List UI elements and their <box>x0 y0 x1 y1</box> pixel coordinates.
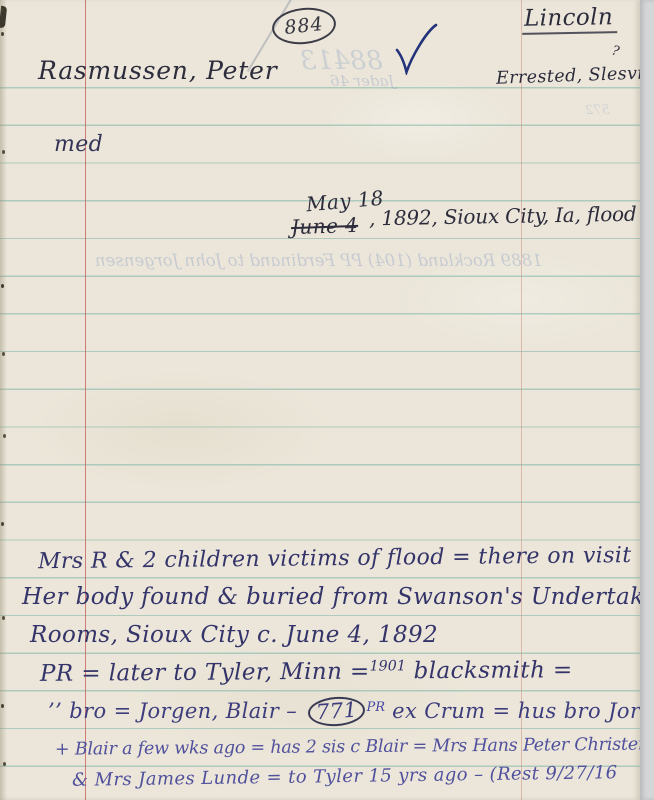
note-text: ex Crum = hus bro Jorgen <box>385 699 654 723</box>
bleed-through-text-top: Jader 46 <box>330 72 394 90</box>
note-text: blacksmith = <box>406 657 573 684</box>
torn-edge <box>0 0 7 800</box>
file-number: 884 <box>283 13 324 39</box>
note-text: PR = later to Tyler, Minn = <box>40 659 370 687</box>
name-heading: Rasmussen, Peter <box>38 56 277 85</box>
origin-question-mark: ? <box>610 43 621 59</box>
origin-label: Errested, Slesvig <box>496 63 654 89</box>
note-line: Rooms, Sioux City c. June 4, 1892 <box>30 622 438 648</box>
date-crossed-out: June 4 <box>291 213 359 239</box>
scanner-background <box>640 0 654 800</box>
paper: 88413 Jader 46 1889 Rockland (104) PP Fe… <box>0 0 640 800</box>
med-note: med <box>54 132 103 157</box>
bleed-through-text-middle: 1889 Rockland (104) PP Ferdinand to John… <box>95 251 542 270</box>
note-line: Her body found & buried from Swanson's U… <box>22 584 654 610</box>
note-text: ’’ bro = Jorgen, Blair – <box>48 699 304 723</box>
checkmark-icon <box>393 23 439 75</box>
cross-reference-circle: 771 <box>307 695 366 728</box>
note-line: PR = later to Tyler, Minn =1901 blacksmi… <box>40 657 573 687</box>
edge-specks <box>1 8 4 12</box>
date-rest: , 1892, Sioux City, Ia, flood <box>369 202 637 231</box>
file-number-circle: 884 <box>270 5 337 47</box>
note-superscript-year: 1901 <box>370 658 406 674</box>
note-superscript-pr: PR <box>367 700 386 715</box>
location-label: Lincoln <box>522 4 618 35</box>
note-line: ’’ bro = Jorgen, Blair – 771PR ex Crum =… <box>48 697 654 726</box>
bleed-through-number-right: 572 <box>585 103 610 118</box>
scanned-card-page: { "colors": { "paper": "#ebe6d9", "rule_… <box>0 0 654 800</box>
